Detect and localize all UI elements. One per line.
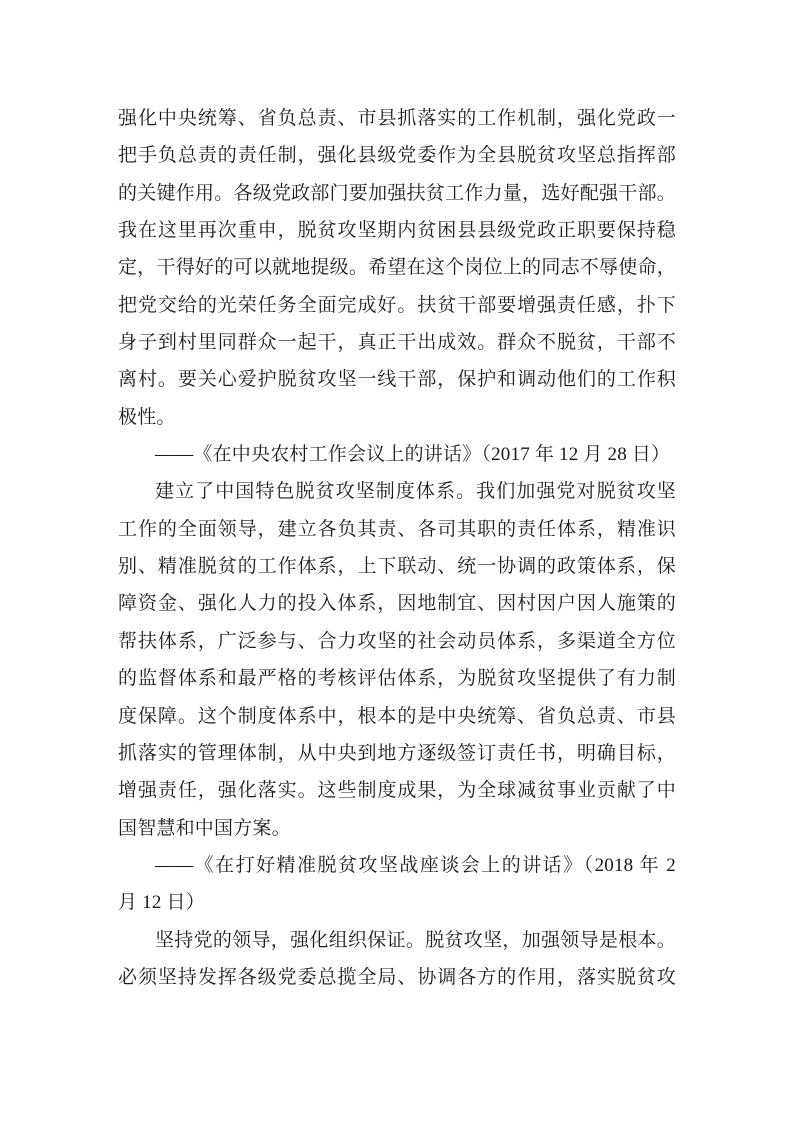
body-text-line: 离村。要关心爱护脱贫攻坚一线干部，保护和调动他们的工作积	[118, 361, 676, 398]
document-page: 强化中央统筹、省负总责、市县抓落实的工作机制，强化党政一 把手负总责的责任制，强…	[0, 0, 793, 1122]
document-body: 强化中央统筹、省负总责、市县抓落实的工作机制，强化党政一 把手负总责的责任制，强…	[118, 100, 676, 996]
citation-line: 月 12 日）	[118, 884, 676, 921]
body-text-line: 把党交给的光荣任务全面完成好。扶贫干部要增强责任感，扑下	[118, 287, 676, 324]
body-text-line: 工作的全面领导，建立各负其责、各司其职的责任体系，精准识	[118, 511, 676, 548]
body-text-line: 度保障。这个制度体系中，根本的是中央统筹、省负总责、市县	[118, 698, 676, 735]
body-text-line: 强化中央统筹、省负总责、市县抓落实的工作机制，强化党政一	[118, 100, 676, 137]
body-text-line: 坚持党的领导，强化组织保证。脱贫攻坚，加强领导是根本。	[118, 922, 676, 959]
body-text-line: 增强责任，强化落实。这些制度成果，为全球减贫事业贡献了中	[118, 772, 676, 809]
body-text-line: 把手负总责的责任制，强化县级党委作为全县脱贫攻坚总指挥部	[118, 137, 676, 174]
body-text-line: 国智慧和中国方案。	[118, 810, 676, 847]
body-text-line: 必须坚持发挥各级党委总揽全局、协调各方的作用，落实脱贫攻	[118, 959, 676, 996]
citation-line: ——《在中央农村工作会议上的讲话》（2017 年 12 月 28 日）	[118, 436, 676, 473]
body-text-line: 的关键作用。各级党政部门要加强扶贫工作力量，选好配强干部。	[118, 175, 676, 212]
body-text-line: 抓落实的管理体制，从中央到地方逐级签订责任书，明确目标，	[118, 735, 676, 772]
body-text-line: 定，干得好的可以就地提级。希望在这个岗位上的同志不辱使命，	[118, 249, 676, 286]
body-text-line: 的监督体系和最严格的考核评估体系，为脱贫攻坚提供了有力制	[118, 660, 676, 697]
citation-line: ——《在打好精准脱贫攻坚战座谈会上的讲话》（2018 年 2	[118, 847, 676, 884]
body-text-line: 我在这里再次重申，脱贫攻坚期内贫困县县级党政正职要保持稳	[118, 212, 676, 249]
body-text-line: 身子到村里同群众一起干，真正干出成效。群众不脱贫，干部不	[118, 324, 676, 361]
body-text-line: 建立了中国特色脱贫攻坚制度体系。我们加强党对脱贫攻坚	[118, 473, 676, 510]
body-text-line: 障资金、强化人力的投入体系，因地制宜、因村因户因人施策的	[118, 585, 676, 622]
body-text-line: 极性。	[118, 399, 676, 436]
body-text-line: 别、精准脱贫的工作体系，上下联动、统一协调的政策体系，保	[118, 548, 676, 585]
body-text-line: 帮扶体系，广泛参与、合力攻坚的社会动员体系，多渠道全方位	[118, 623, 676, 660]
